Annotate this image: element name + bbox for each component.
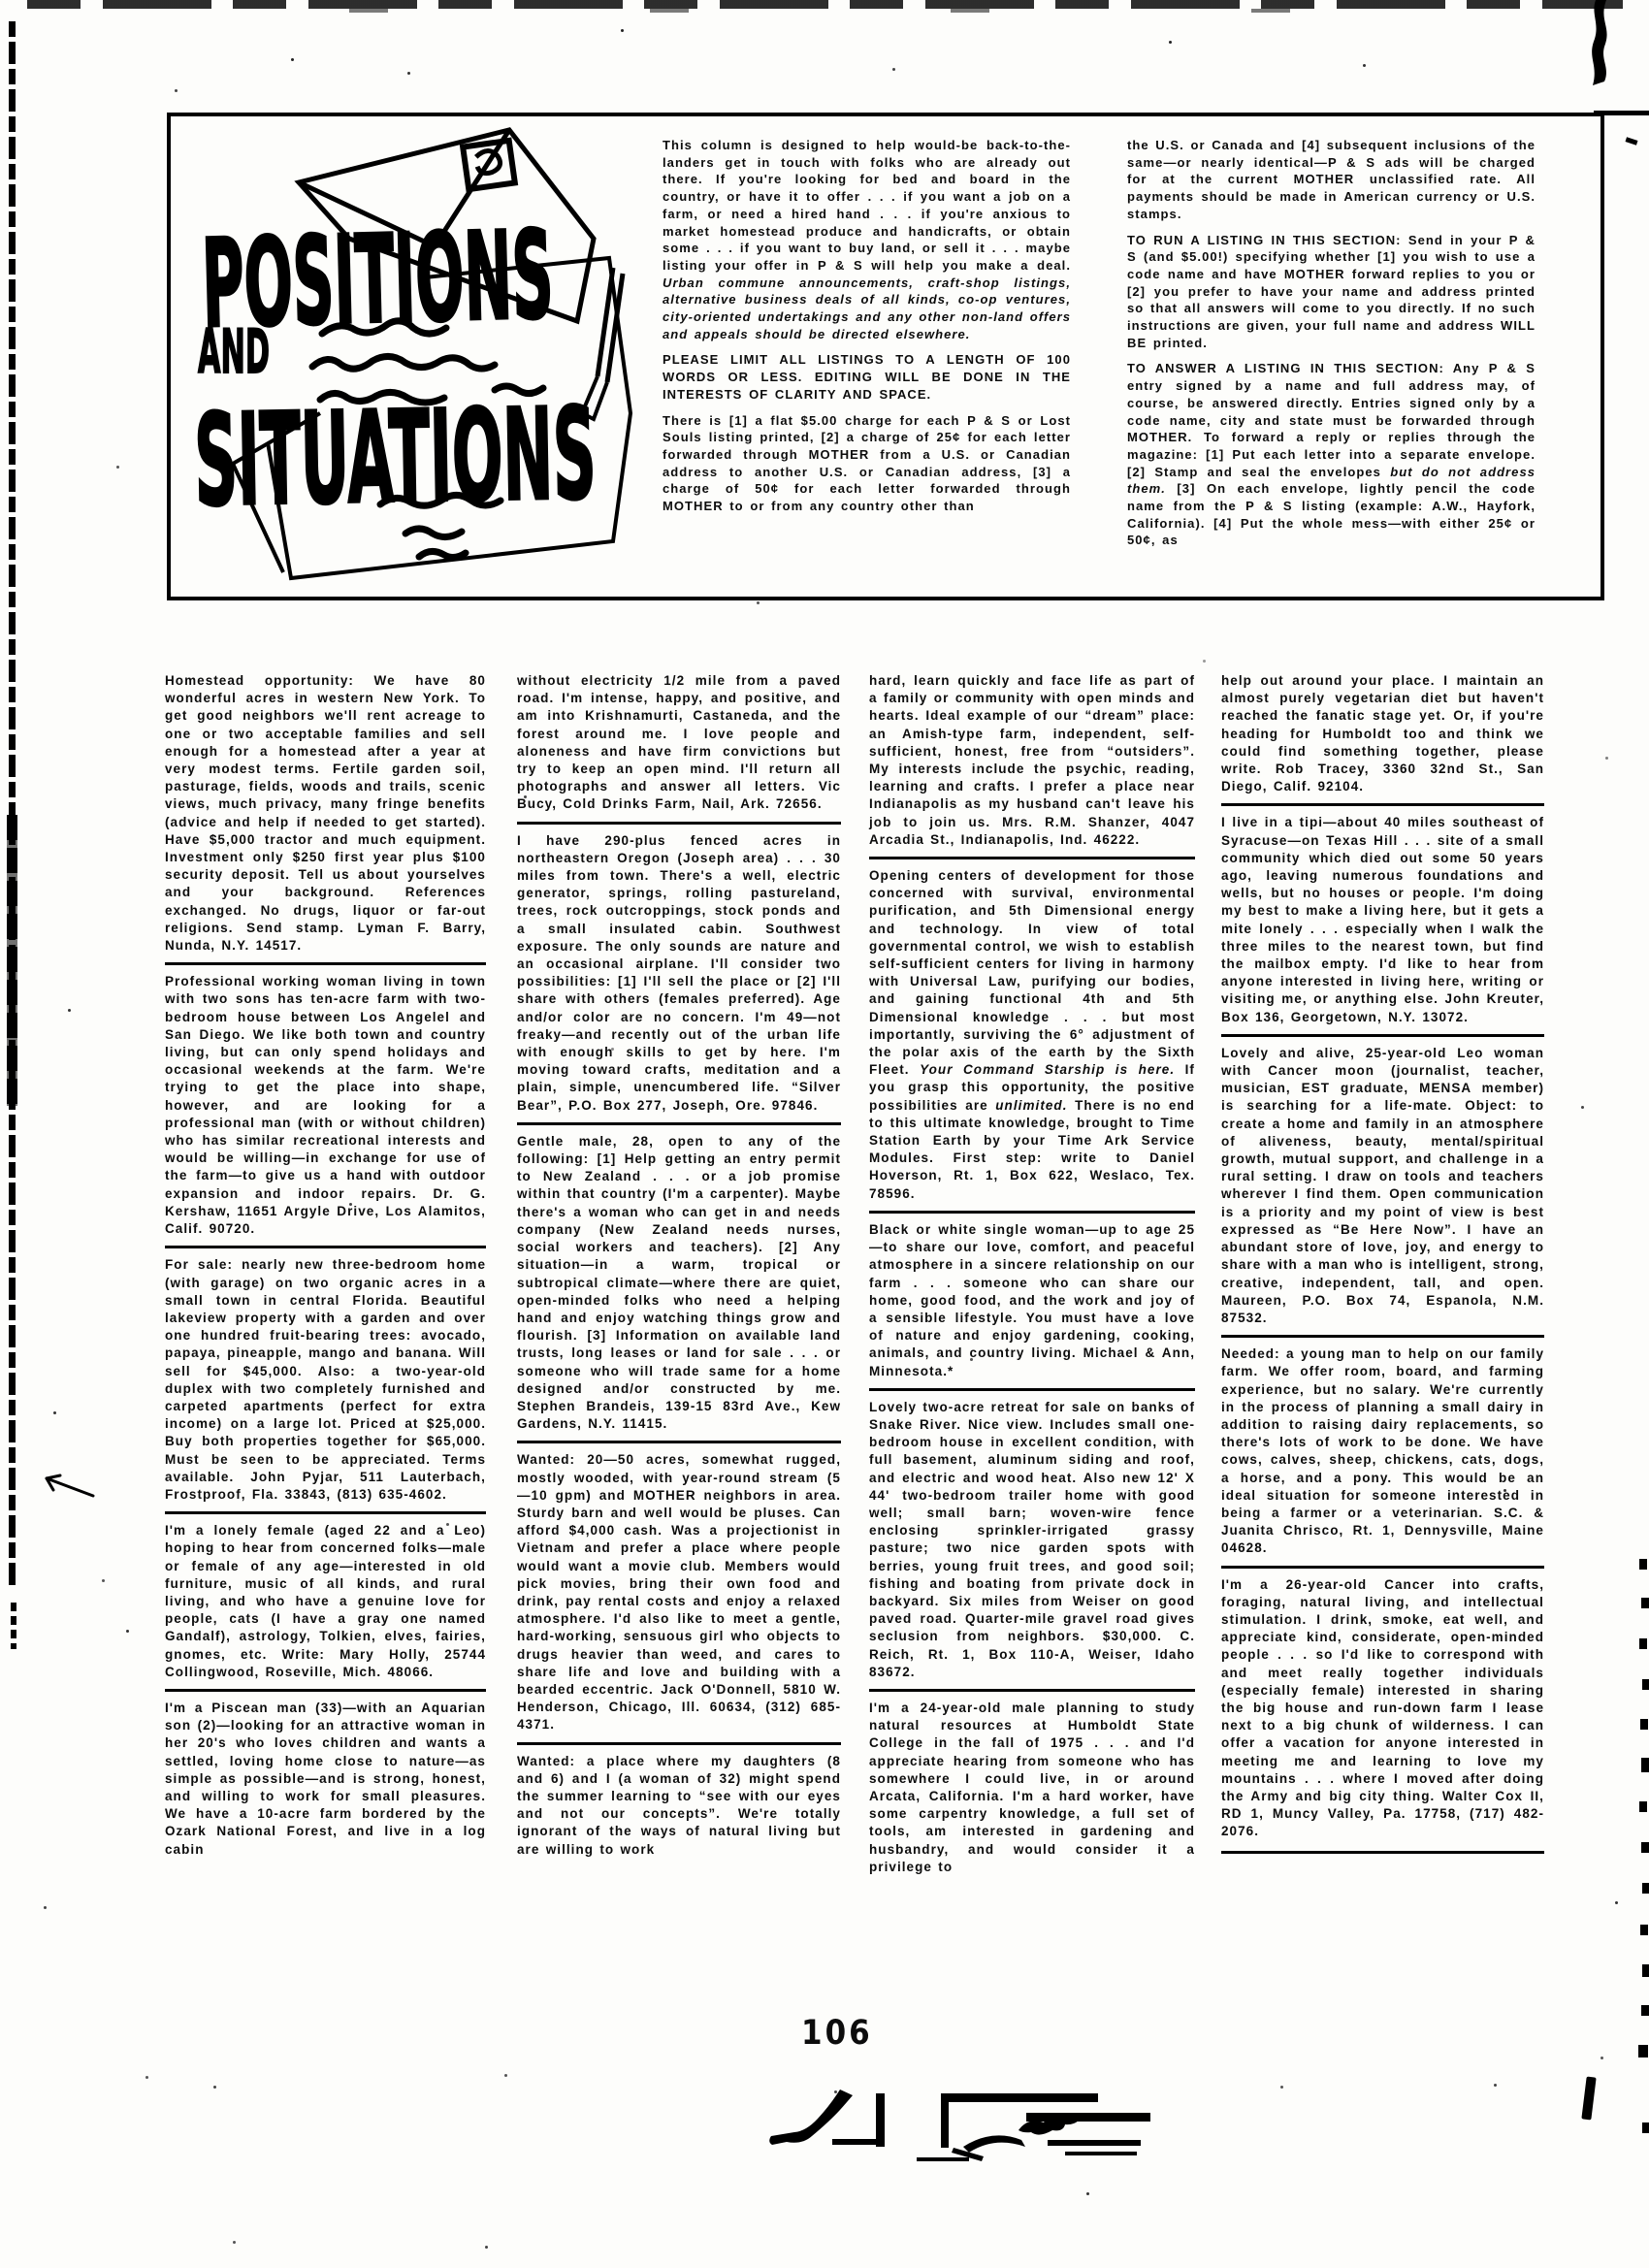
intro-text-italic: Urban commune announcements, craft-shop … — [663, 275, 1071, 341]
listing-florida-home-sale: For sale: nearly new three-bedroom home … — [165, 1246, 486, 1504]
intro-text-column-2: the U.S. or Canada and [4] subsequent in… — [1127, 137, 1536, 558]
pen-stroke-top-right — [1569, 0, 1637, 89]
listing-text: Opening centers of development for those… — [869, 868, 1195, 1077]
intro-paragraph-answer-listing: TO ANSWER A LISTING IN THIS SECTION: Any… — [1127, 360, 1536, 549]
page-edge-bleed-marks — [1639, 1559, 1647, 1570]
listing-snake-river-retreat: Lovely two-acre retreat for sale on bank… — [869, 1388, 1195, 1681]
edge-mark-bottom-right — [1581, 2077, 1596, 2121]
intro-paragraph-limit: PLEASE LIMIT ALL LISTINGS TO A LENGTH OF… — [663, 351, 1071, 403]
classified-column-2: without electricity 1/2 mile from a pave… — [517, 672, 841, 1859]
listing-homestead-ny: Homestead opportunity: We have 80 wonder… — [165, 672, 486, 955]
column-end-rule — [1221, 1851, 1544, 1854]
intro-text-column-1: This column is designed to help would-be… — [663, 137, 1071, 524]
classified-column-1: Homestead opportunity: We have 80 wonder… — [165, 672, 486, 1859]
scan-edge-top — [27, 0, 1623, 9]
listing-working-woman-farm: Professional working woman living in tow… — [165, 962, 486, 1238]
scan-edge-left-thick — [7, 815, 17, 1106]
ink-scribble-illustration — [757, 2086, 1164, 2175]
intro-paragraph-charges: There is [1] a flat $5.00 charge for eac… — [663, 412, 1071, 515]
listing-oregon-acres: I have 290-plus fenced acres in northeas… — [517, 822, 841, 1115]
listing-lonely-female-leo: I'm a lonely female (aged 22 and a Leo) … — [165, 1511, 486, 1681]
listing-needed-young-man-farm: Needed: a young man to help on our famil… — [1221, 1335, 1544, 1557]
edge-dot-bottom-right — [1642, 2122, 1649, 2133]
scan-noise-speckles — [291, 58, 294, 61]
listing-wanted-summer-place-continued: hard, learn quickly and face life as par… — [869, 672, 1195, 849]
scan-edge-top-secondary — [233, 9, 1300, 13]
intro-text: [3] On each envelope, lightly pencil the… — [1127, 481, 1536, 547]
scan-edge-left-fragment — [11, 1603, 16, 1649]
listing-piscean-man: I'm a Piscean man (33)—with an Aquarian … — [165, 1689, 486, 1859]
pencil-arrow-doodle — [45, 1471, 95, 1502]
listing-piscean-man-continued: without electricity 1/2 mile from a pave… — [517, 672, 841, 814]
intro-paragraph-run-listing: TO RUN A LISTING IN THIS SECTION: Send i… — [1127, 232, 1536, 352]
listing-time-ark-centers: Opening centers of development for those… — [869, 857, 1195, 1203]
listing-tipi-texas-hill: I live in a tipi—about 40 miles southeas… — [1221, 803, 1544, 1025]
intro-text: This column is designed to help would-be… — [663, 138, 1071, 273]
listing-text: There is no end to this ultimate knowled… — [869, 1098, 1195, 1201]
listing-gentle-male-nz: Gentle male, 28, open to any of the foll… — [517, 1122, 841, 1433]
listing-single-woman-farm: Black or white single woman—up to age 25… — [869, 1211, 1195, 1380]
listing-humboldt-student-continued: help out around your place. I maintain a… — [1221, 672, 1544, 795]
listing-text-italic: Your Command Starship is here. — [920, 1062, 1175, 1077]
scan-edge-left — [9, 21, 16, 1585]
intro-paragraph: This column is designed to help would-be… — [663, 137, 1071, 342]
intro-text: TO ANSWER A LISTING IN THIS SECTION: Any… — [1127, 361, 1536, 478]
listing-wanted-summer-place: Wanted: a place where my daughters (8 an… — [517, 1742, 841, 1859]
logo-line-situations: SITUATIONS — [193, 380, 598, 535]
intro-paragraph-rates: the U.S. or Canada and [4] subsequent in… — [1127, 137, 1536, 223]
logo-line-and: AND — [198, 316, 270, 387]
edge-dash-mark — [1626, 137, 1638, 145]
listing-wanted-acres-movie-club: Wanted: 20—50 acres, somewhat rugged, mo… — [517, 1441, 841, 1733]
listing-leo-woman-lifemate: Lovely and alive, 25-year-old Leo woman … — [1221, 1034, 1544, 1327]
magazine-page: { "page": { "number": "106" }, "logo": {… — [0, 0, 1649, 2268]
listing-cancer-crafts-farm: I'm a 26-year-old Cancer into crafts, fo… — [1221, 1566, 1544, 1841]
listing-humboldt-student: I'm a 24-year-old male planning to study… — [869, 1689, 1195, 1876]
page-number: 106 — [801, 2014, 873, 2053]
positions-and-situations-logo: POSITIONS AND SITUATIONS — [175, 122, 660, 590]
classified-column-4: help out around your place. I maintain a… — [1221, 672, 1544, 1854]
listing-text-italic: unlimited. — [995, 1098, 1067, 1113]
classified-column-3: hard, learn quickly and face life as par… — [869, 672, 1195, 1876]
